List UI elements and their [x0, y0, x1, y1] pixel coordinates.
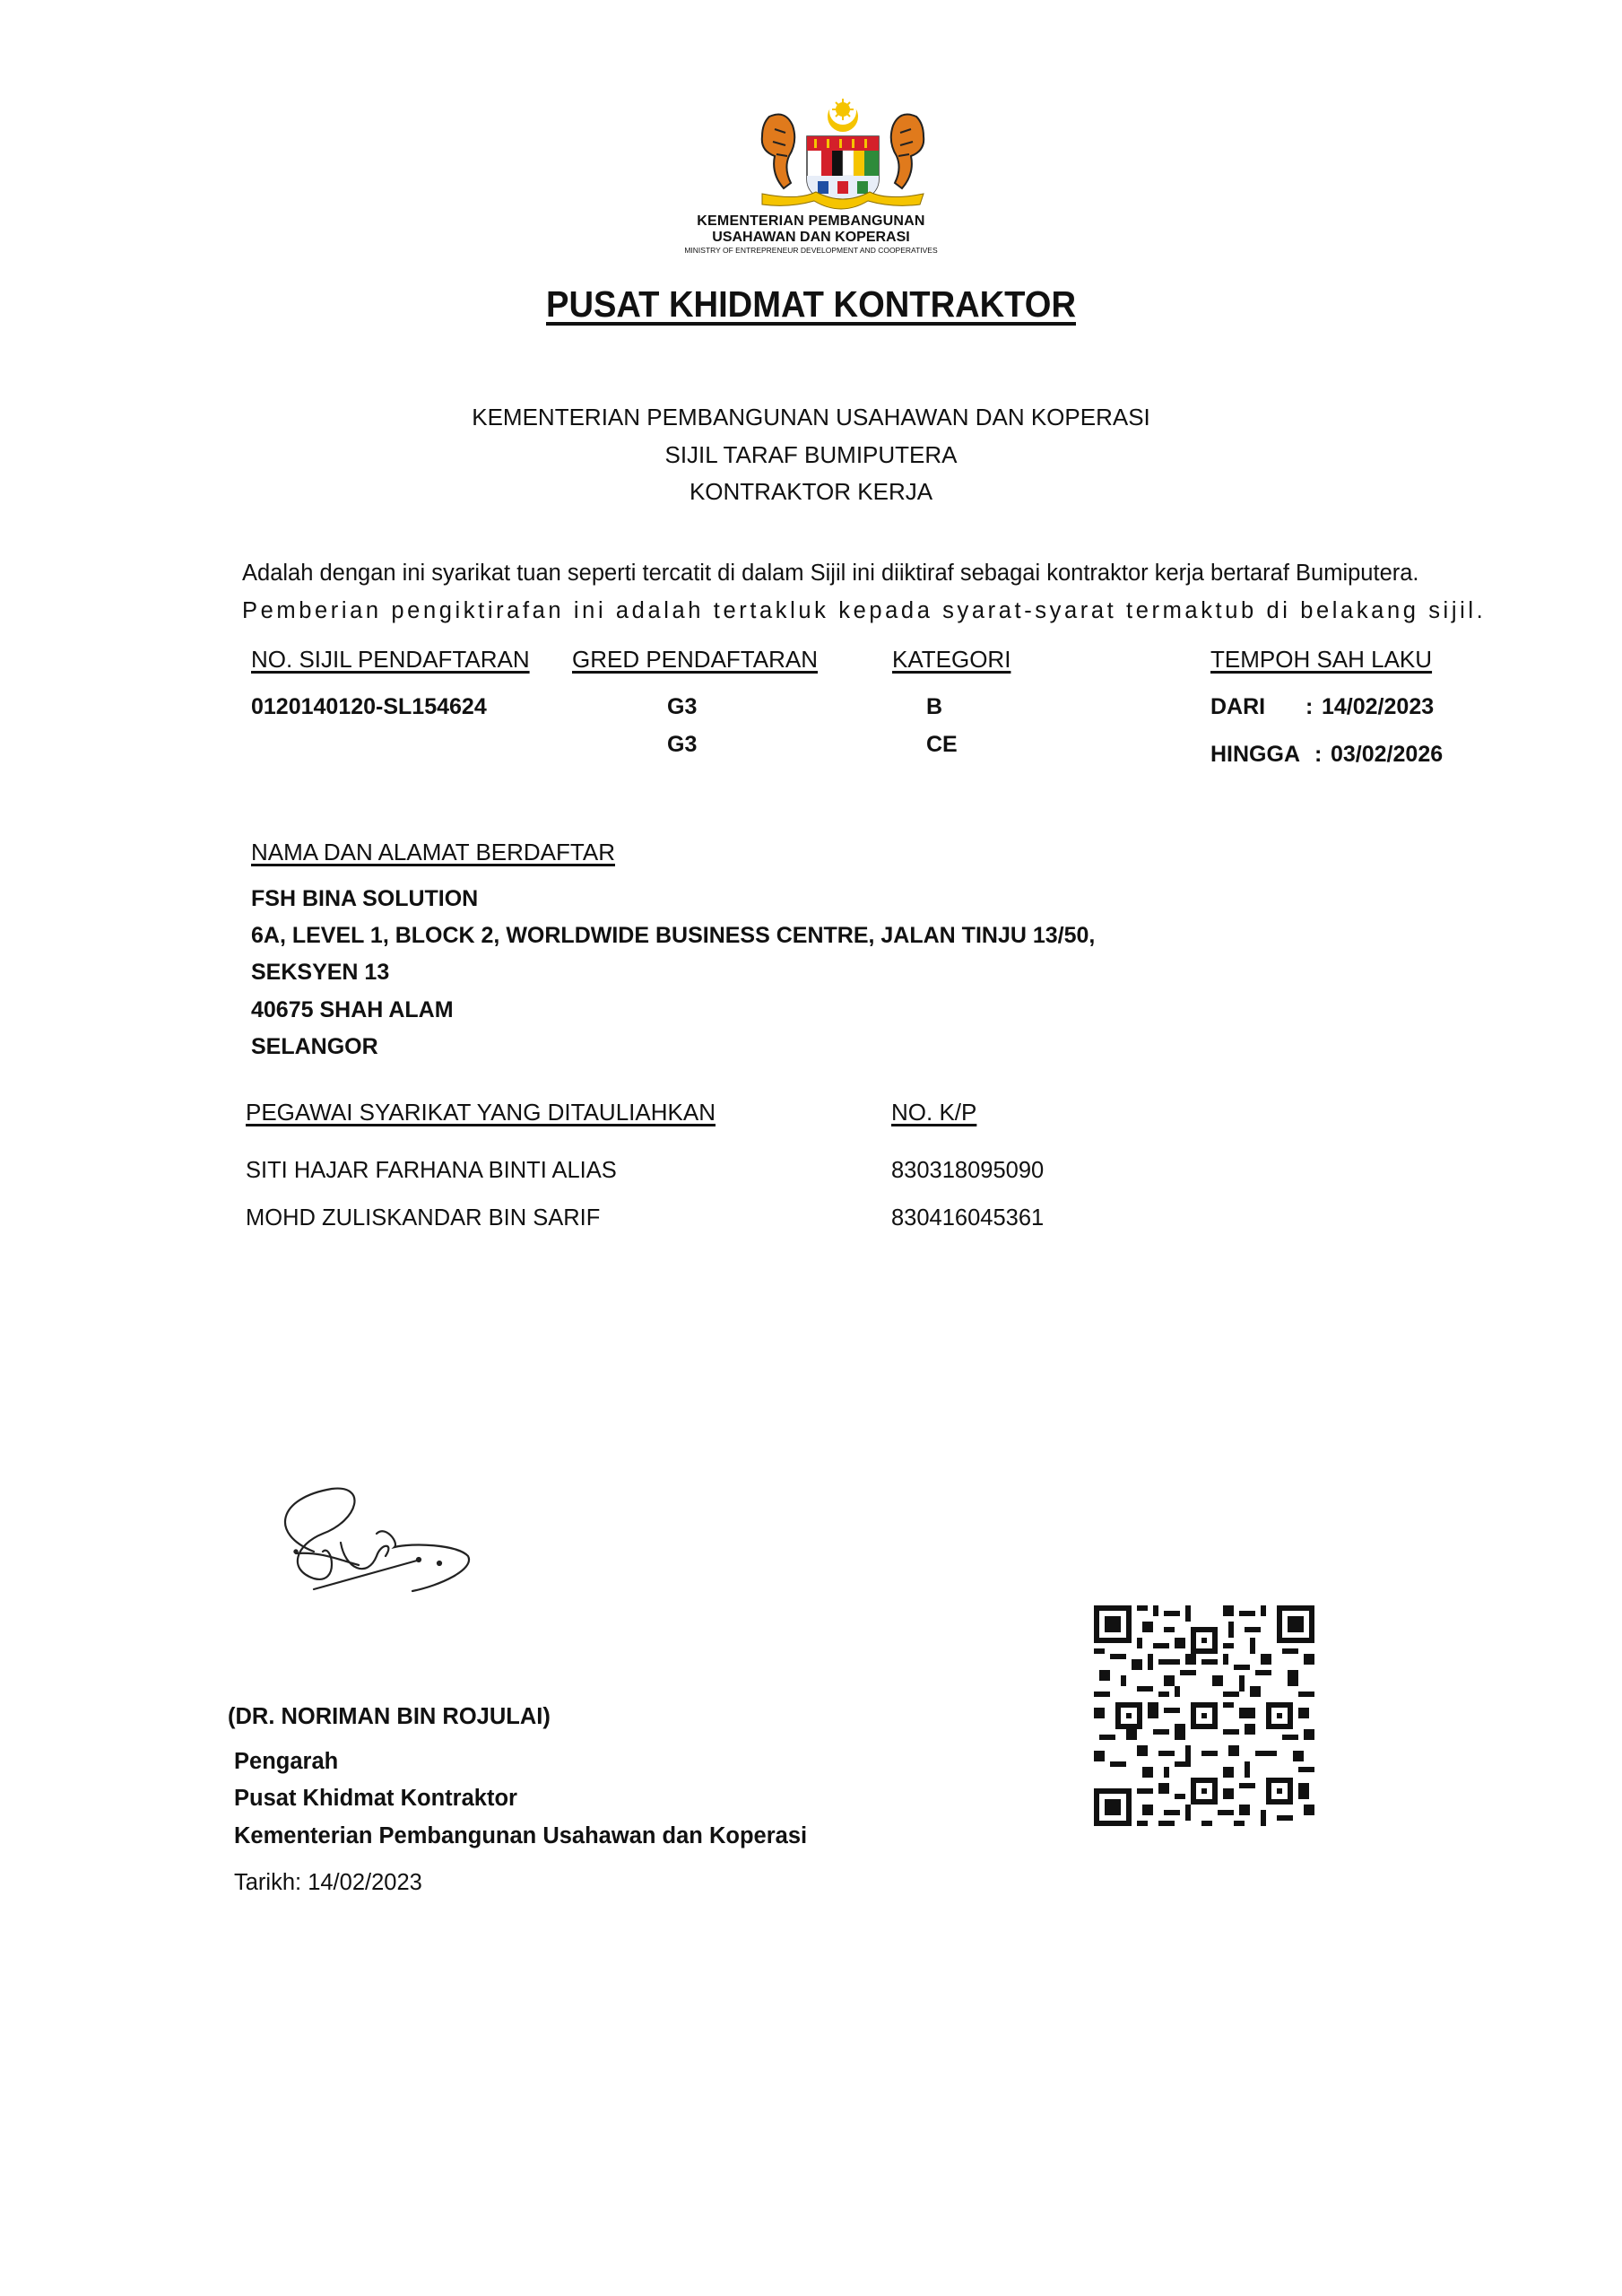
statement-line-2: Pemberian pengiktirafan ini adalah terta…: [242, 598, 1533, 624]
logo-caption-line3: MINISTRY OF ENTREPRENEUR DEVELOPMENT AND…: [0, 246, 1622, 255]
validity-to-label: HINGGA: [1210, 742, 1300, 768]
signatory-department: Pusat Khidmat Kontraktor: [234, 1786, 517, 1812]
logo-caption-line1: KEMENTERIAN PEMBANGUNAN: [0, 213, 1622, 230]
validity-from-label: DARI: [1210, 694, 1265, 720]
registered-heading: NAMA DAN ALAMAT BERDAFTAR: [251, 839, 615, 866]
officer-name: MOHD ZULISKANDAR BIN SARIF: [246, 1205, 600, 1231]
validity-from-sep: :: [1305, 694, 1313, 720]
officer-name: SITI HAJAR FARHANA BINTI ALIAS: [246, 1158, 617, 1184]
officer-ic: 830318095090: [891, 1158, 1044, 1184]
grade-value: G3: [667, 694, 697, 720]
ministry-name: KEMENTERIAN PEMBANGUNAN USAHAWAN DAN KOP…: [0, 404, 1622, 431]
cert-no-value: 0120140120-SL154624: [251, 694, 487, 720]
signatory-name: (DR. NORIMAN BIN ROJULAI): [228, 1704, 551, 1730]
header-officer-name: PEGAWAI SYARIKAT YANG DITAULIAHKAN: [246, 1099, 716, 1126]
address-line: 40675 SHAH ALAM: [251, 997, 454, 1023]
address-line: SELANGOR: [251, 1034, 378, 1060]
malaysia-coat-of-arms-icon: [735, 97, 950, 213]
signatory-ministry: Kementerian Pembangunan Usahawan dan Kop…: [234, 1823, 807, 1849]
document-title: PUSAT KHIDMAT KONTRAKTOR: [56, 283, 1565, 326]
grade-value: G3: [667, 732, 697, 758]
company-name: FSH BINA SOLUTION: [251, 886, 478, 912]
signature-icon: [260, 1480, 484, 1605]
header-ic-no: NO. K/P: [891, 1099, 976, 1126]
logo-caption-line2: USAHAWAN DAN KOPERASI: [0, 230, 1622, 246]
address-line: 6A, LEVEL 1, BLOCK 2, WORLDWIDE BUSINESS…: [251, 923, 1095, 949]
header-grade: GRED PENDAFTARAN: [572, 646, 818, 674]
header-category: KATEGORI: [892, 646, 1010, 674]
validity-to-sep: :: [1314, 742, 1322, 768]
signature: [260, 1480, 484, 1605]
validity-from-date: 14/02/2023: [1322, 694, 1434, 720]
issue-date: Tarikh: 14/02/2023: [234, 1870, 422, 1896]
category-value: B: [926, 694, 942, 720]
signatory-position: Pengarah: [234, 1749, 338, 1775]
qr-code-icon: [1094, 1605, 1314, 1826]
category-value: CE: [926, 732, 958, 758]
address-line: SEKSYEN 13: [251, 960, 389, 986]
header-cert-no: NO. SIJIL PENDAFTARAN: [251, 646, 530, 674]
statement-line-1: Adalah dengan ini syarikat tuan seperti …: [242, 561, 1533, 587]
contractor-type: KONTRAKTOR KERJA: [0, 478, 1622, 506]
header-validity: TEMPOH SAH LAKU: [1210, 646, 1432, 674]
qr-code: [1094, 1605, 1314, 1826]
validity-to-date: 03/02/2026: [1331, 742, 1443, 768]
officer-ic: 830416045361: [891, 1205, 1044, 1231]
certificate-type: SIJIL TARAF BUMIPUTERA: [0, 441, 1622, 469]
